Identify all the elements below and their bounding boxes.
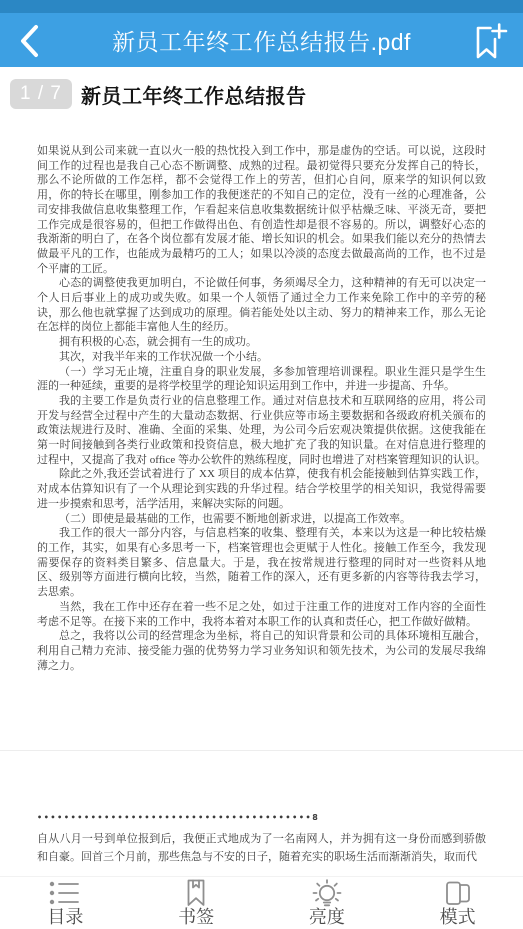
- document-paragraph: 总之，我将以公司的经营理念为坐标，将自己的知识背景和公司的具体环境相互融合，利用…: [37, 629, 486, 673]
- brightness-button[interactable]: 亮度: [262, 877, 393, 929]
- pdf-reader-app: 新员工年终工作总结报告.pdf 1 / 7 新员工年终工作总结报告 如果说从到公…: [0, 0, 523, 929]
- dotted-separator: ••••••••••••••••••••••••••••••••••••••••…: [37, 813, 486, 822]
- page-1-content: 如果说从到公司来就一直以火一般的热忱投入到工作中，那是虚伪的空话。可以说，这段时…: [0, 109, 523, 673]
- document-paragraph: 如果说从到公司来就一直以火一般的热忱投入到工作中，那是虚伪的空话。可以说，这段时…: [37, 144, 486, 276]
- chevron-left-icon: [17, 24, 41, 58]
- document-paragraph: 其次，对我半年来的工作状况做一个小结。: [37, 350, 486, 365]
- document-paragraph: 拥有积极的心态，就会拥有一生的成功。: [37, 335, 486, 350]
- document-title: 新员工年终工作总结报告: [81, 80, 307, 109]
- document-paragraph: （一）学习无止境，注重自身的职业发展，多参加管理培训课程。职业生涯只是学生生涯的…: [37, 365, 486, 394]
- document-paragraph: 自从八月一号到单位报到后，我便正式地成为了一名南网人，并为拥有这一身份而感到骄傲…: [37, 831, 486, 866]
- file-title: 新员工年终工作总结报告.pdf: [112, 24, 411, 57]
- mode-label: 模式: [440, 907, 476, 927]
- brightness-bulb-icon: [310, 879, 344, 907]
- document-paragraph: （二）即使是最基础的工作，也需要不断地创新求进，以提高工作效率。: [37, 512, 486, 527]
- page-indicator-badge: 1 / 7: [10, 79, 72, 109]
- document-header: 1 / 7 新员工年终工作总结报告: [10, 79, 523, 109]
- bookmark-plus-icon: [469, 20, 509, 62]
- toc-list-icon: [48, 879, 82, 907]
- back-button[interactable]: [12, 22, 46, 60]
- brightness-label: 亮度: [309, 907, 345, 927]
- document-paragraph: 我的主要工作是负责行业的信息整理工作。通过对信息技术和互联网络的应用，将公司开发…: [37, 394, 486, 468]
- document-paragraph: 心态的调整使我更加明白，不论做任何事，务须竭尽全力，这种精神的有无可以决定一个人…: [37, 276, 486, 335]
- bookmark-icon: [184, 879, 208, 907]
- document-paragraph: 除此之外,我还尝试着进行了 XX 项目的成本估算，使我有机会能接触到估算实践工作…: [37, 467, 486, 511]
- document-paragraph: 当然，我在工作中还存在着一些不足之处，如过于注重工作的进度对工作内容的全面性考虑…: [37, 600, 486, 629]
- toc-label: 目录: [47, 907, 83, 927]
- status-bar: [0, 0, 523, 13]
- bottom-toolbar: 目录 书签: [0, 876, 523, 929]
- page-2-content: ••••••••••••••••••••••••••••••••••••••••…: [0, 751, 523, 866]
- mode-button[interactable]: 模式: [392, 877, 523, 929]
- mode-book-icon: [443, 879, 473, 907]
- document-viewer[interactable]: 1 / 7 新员工年终工作总结报告 如果说从到公司来就一直以火一般的热忱投入到工…: [0, 67, 523, 877]
- bookmark-button[interactable]: 书签: [131, 877, 262, 929]
- bookmark-label: 书签: [178, 907, 214, 927]
- top-nav-bar: 新员工年终工作总结报告.pdf: [0, 13, 523, 67]
- add-bookmark-button[interactable]: [463, 17, 515, 65]
- document-paragraph: 我工作的很大一部分内容，与信息档案的收集、整理有关，本来以为这是一种比较枯燥的工…: [37, 526, 486, 600]
- toc-button[interactable]: 目录: [0, 877, 131, 929]
